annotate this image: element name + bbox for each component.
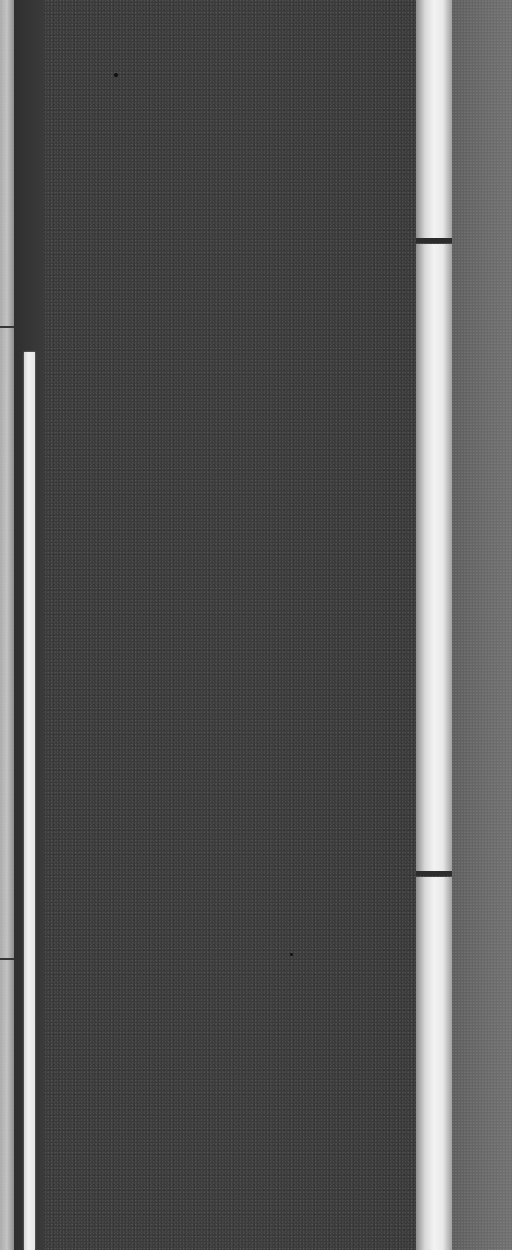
lane-line-segment [416, 0, 452, 238]
left-edge-strip [0, 0, 14, 1250]
right-shoulder [452, 0, 512, 1250]
lane-line-segment [416, 244, 452, 871]
lane-line-seam [416, 238, 452, 243]
left-strip-seam [0, 326, 14, 328]
segmented-lane-line [416, 0, 452, 1250]
debris-speck [114, 73, 118, 77]
solid-white-edge-line [24, 352, 35, 1250]
left-strip-seam [0, 958, 14, 960]
debris-speck [290, 953, 293, 956]
road-aerial-photo [0, 0, 512, 1250]
lane-line-segment [416, 877, 452, 1250]
lane-line-seam [416, 871, 452, 876]
